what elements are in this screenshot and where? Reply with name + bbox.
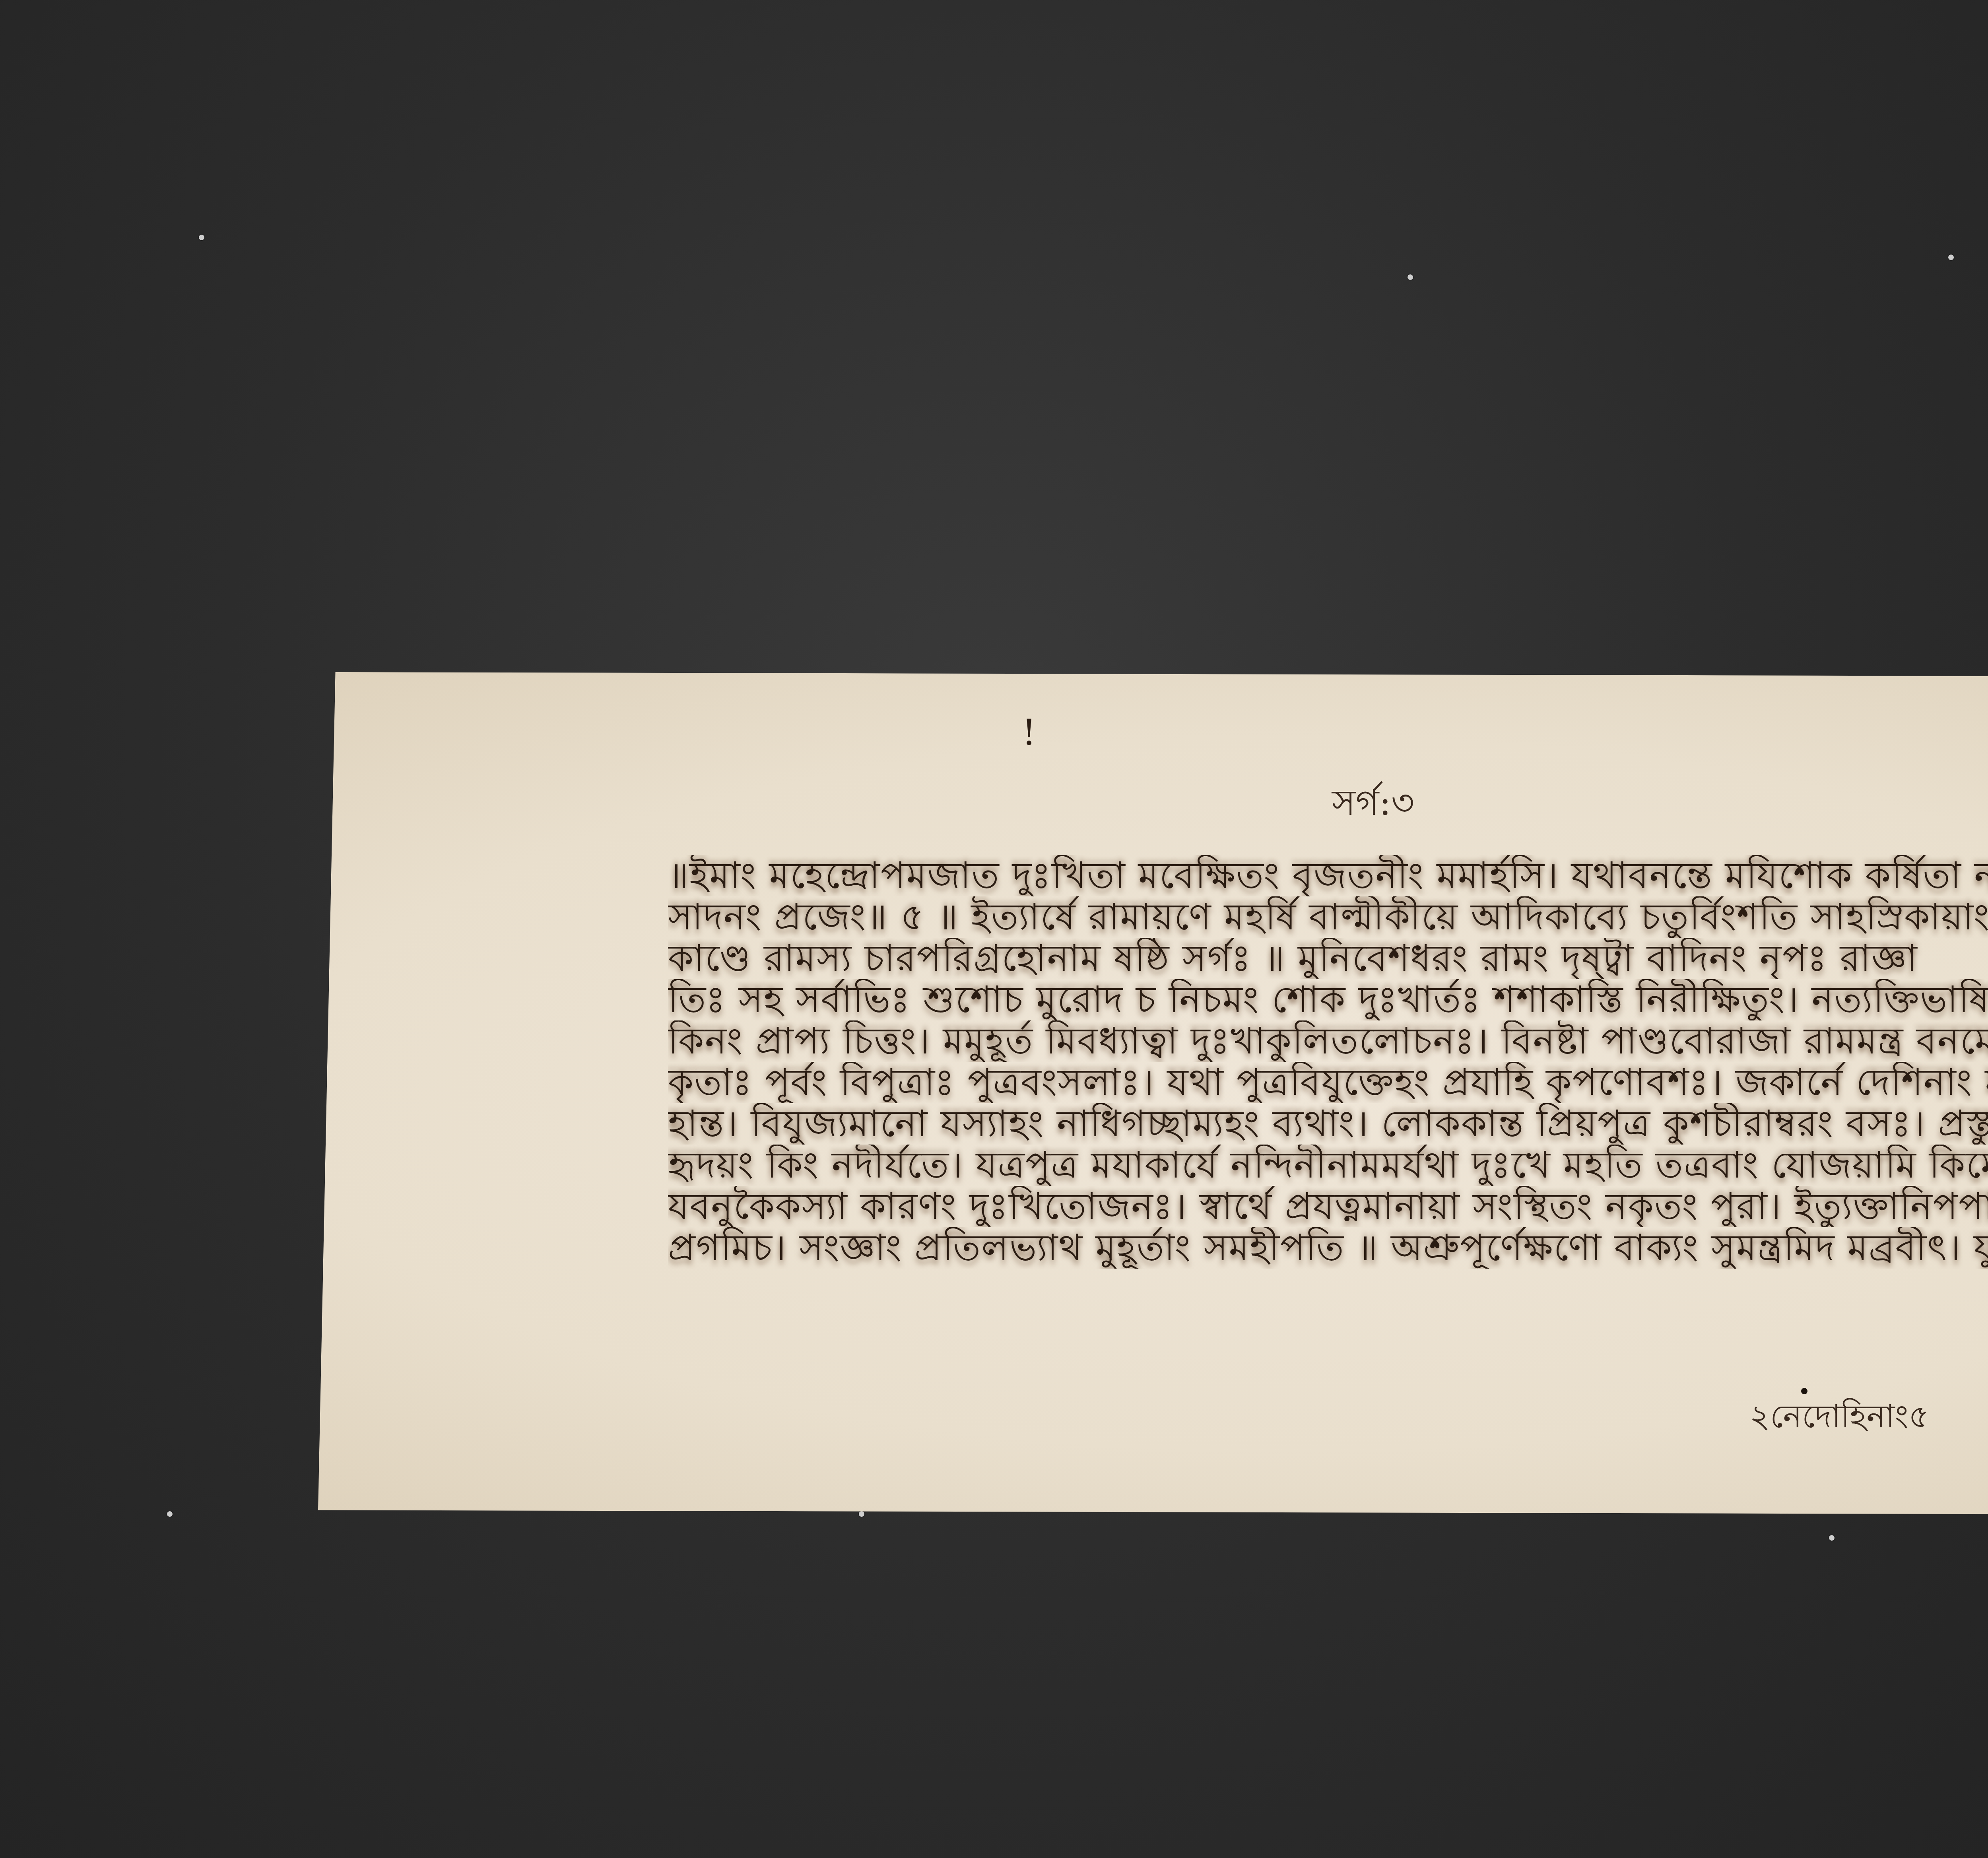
manuscript-text: ॥ইমাং মহেন্দ্রোপমজাত দুঃখিতা মবেক্ষিতং ব… (668, 855, 1988, 1269)
text-line: সাদনং প্রজেং॥ ৫ ॥ ইত্যার্ষে রামায়ণে মহর… (668, 896, 1988, 938)
mount-pin (167, 1511, 173, 1517)
mount-pin (1829, 1535, 1835, 1541)
text-line: ॥ইমাং মহেন্দ্রোপমজাত দুঃখিতা মবেক্ষিতং ব… (668, 855, 1988, 896)
mount-pin (1948, 255, 1954, 260)
chapter-heading: সর্গ:৩ (1332, 775, 1414, 835)
text-line: তিঃ সহ সর্বাভিঃ শুশোচ মুরোদ চ নিচমং শোক … (668, 979, 1988, 1020)
mount-pin (859, 1511, 864, 1517)
manuscript-folio: ! সর্গ:৩ ॥ইমাং মহেন্দ্রোপমজাত দুঃখিতা মব… (318, 672, 1988, 1515)
margin-mark: ! (1022, 712, 1036, 754)
mount-pin (1408, 274, 1413, 280)
footer-note: ২নেদোহিনাং৫ (1749, 1392, 1929, 1445)
text-line: হান্ত। বিযুজ্যমানো যস্যাহং নাধিগচ্ছাম্যহ… (668, 1103, 1988, 1145)
mount-pin (199, 235, 204, 240)
text-line: হৃদয়ং কিং নদীর্যতে। যত্রপুত্র মযাকার্যে… (668, 1145, 1988, 1186)
text-line: কাণ্ডে রামস্য চারপরিগ্রহোনাম ষষ্ঠি সর্গঃ… (668, 938, 1988, 979)
text-line: কিনং প্রাপ্য চিত্তং। মমুহূর্ত মিবধ্যাত্ব… (668, 1020, 1988, 1062)
text-line: প্রগমিচ। সংজ্ঞাং প্রতিলভ্যাথ মুহূর্তাং স… (668, 1227, 1988, 1269)
text-line: কৃতাঃ পূর্বং বিপুত্রাঃ পুত্রবংসলাঃ। যথা … (668, 1062, 1988, 1103)
text-line: যবনুকৈকস্যা কারণং দুঃখিতোজনঃ। স্বার্থে প… (668, 1186, 1988, 1227)
